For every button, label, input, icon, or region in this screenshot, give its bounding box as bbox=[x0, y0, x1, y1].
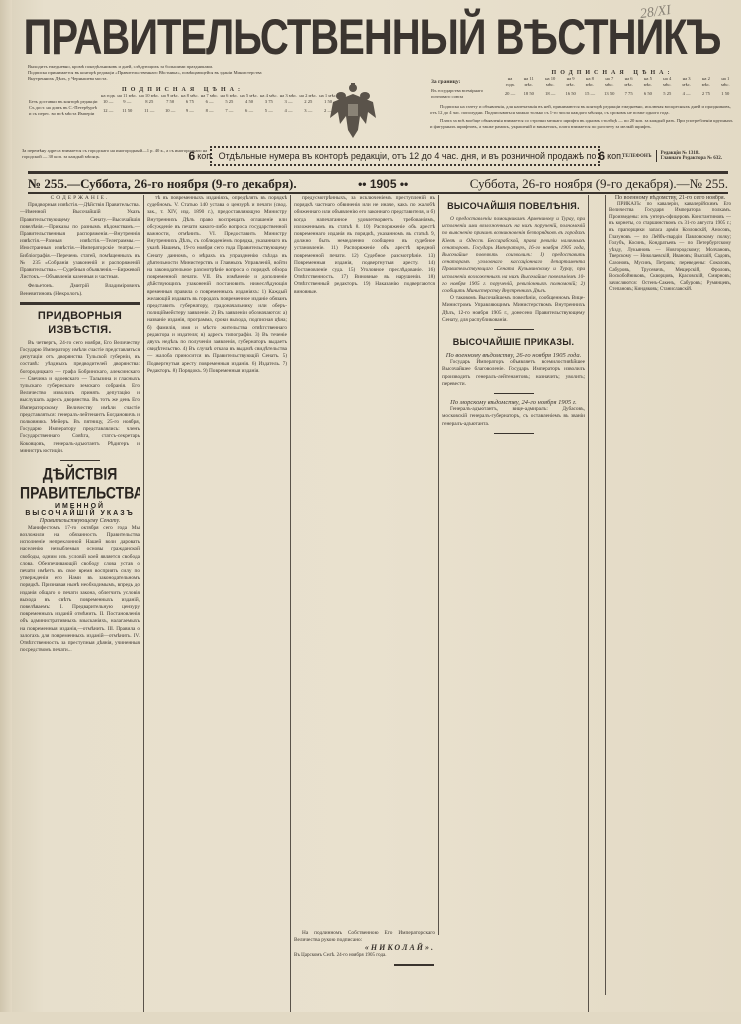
address-change-note: За перемѣну адреса взимается съ городска… bbox=[22, 148, 212, 160]
price-row: Съ дост. на домъ въ С.-Петербургѣ и съ п… bbox=[28, 105, 338, 117]
price: 4 — bbox=[279, 105, 299, 117]
feuilleton-line: Фельетонъ. Дмитрій Владиміровичъ Веневит… bbox=[20, 283, 140, 297]
court-news-heading: ПРИДВОРНЫЯ ИЗВѢСТІЯ. bbox=[20, 309, 140, 337]
subscription-left: Выходитъ ежедневно, кромѣ понедѣльниковъ… bbox=[28, 64, 338, 117]
imperial-order-text: О предоставленіи помощникамъ Арменинову … bbox=[442, 216, 585, 295]
price: 11 50 bbox=[116, 105, 138, 117]
row-label: Въ государства всемірнаго почтоваго союз… bbox=[430, 88, 502, 100]
imperial-orders-heading: ВЫСОЧАЙШІЯ ПОВЕЛѢНІЯ. bbox=[442, 199, 585, 213]
place-date: Въ Царскомъ Селѣ. 24-го ноября 1905 года… bbox=[294, 952, 435, 959]
column-2: тѣ въ повременныхъ изданіяхъ, опредѣлять… bbox=[147, 195, 287, 955]
price: 20 — bbox=[502, 88, 518, 100]
newspaper-page: 28/XI ПРАВИТЕЛЬСТВЕННЫЙ ВѢСТНИКЪ Выходит… bbox=[0, 0, 741, 1024]
section-rule bbox=[20, 302, 140, 305]
price: 5 — bbox=[259, 105, 279, 117]
single-issue-banner: 6 коп. Отдѣльные нумера въ конторѣ редак… bbox=[210, 146, 600, 166]
decree-continuation: тѣ въ повременныхъ изданіяхъ, опредѣлять… bbox=[147, 195, 287, 375]
price: 12 — bbox=[100, 105, 116, 117]
price: 9 — bbox=[180, 105, 200, 117]
short-rule bbox=[494, 393, 534, 394]
price: 7 — bbox=[219, 105, 239, 117]
price: 6 50 bbox=[638, 88, 657, 100]
period: на 1 мѣс. bbox=[716, 76, 735, 88]
column-divider bbox=[143, 195, 144, 1020]
price: 13 50 bbox=[600, 88, 619, 100]
column-divider bbox=[605, 195, 606, 995]
period: на 8 мѣс. bbox=[580, 76, 599, 88]
period: на годъ bbox=[502, 76, 518, 88]
decree-text: Государь Императоръ объявляетъ всемилост… bbox=[442, 359, 585, 388]
period: на 4 мѣс. bbox=[658, 76, 677, 88]
period: на 10 мѣс. bbox=[539, 76, 561, 88]
column-1: СОДЕРЖАНІЕ. Придворныя извѣстія.—Дѣйстві… bbox=[20, 195, 140, 980]
decree-continuation: предусмотрѣнныхъ, за исключеніемъ престу… bbox=[294, 195, 435, 296]
telephone-number: Главнаго Редактора № 632. bbox=[661, 156, 722, 161]
period: на 9 мѣс. bbox=[561, 76, 580, 88]
advert-note: Плата за всѣ вообще объявленія взимается… bbox=[430, 118, 735, 130]
issue-date-right: Суббота, 26-го ноября (9-го декабря).—№ … bbox=[470, 176, 728, 192]
military-orders-text: ПРИКАЗЪ: по кавалеріи, кавалерійскимъ Ег… bbox=[609, 202, 731, 294]
subscription-note: Подписка на газету и объявленія, для нап… bbox=[430, 104, 735, 116]
issue-year: •• 1905 •• bbox=[358, 177, 408, 191]
government-actions-heading: ДѢЙСТВІЯ ПРАВИТЕЛЬСТВА. bbox=[20, 464, 140, 502]
dateline-rule bbox=[28, 192, 728, 194]
price-table: на годъ на 11 мѣс. на 10 мѣс. на 9 мѣс. … bbox=[28, 93, 338, 117]
period: на 2 мѣс. bbox=[696, 76, 715, 88]
period: на 3 мѣс. bbox=[677, 76, 696, 88]
row-label: Съ дост. на домъ въ С.-Петербургѣ и съ п… bbox=[28, 105, 100, 117]
court-news-text: Въ четвергъ, 24-го сего ноября, Его Вели… bbox=[20, 340, 140, 455]
price: 16 50 bbox=[561, 88, 580, 100]
military-orders-heading: По военному вѣдомству, 21-го сего ноября… bbox=[609, 195, 731, 202]
foreign-price-table: За границу: на годъ на 11 мѣс. на 10 мѣс… bbox=[430, 76, 735, 100]
page-edge bbox=[0, 0, 12, 1024]
issue-date-left: № 255.—Суббота, 26-го ноября (9-го декаб… bbox=[28, 176, 297, 192]
short-rule bbox=[494, 433, 534, 434]
price-unit: коп. bbox=[197, 151, 213, 161]
price: 11 — bbox=[138, 105, 160, 117]
column-6: По военному вѣдомству, 21-го сего ноября… bbox=[609, 195, 731, 995]
decree-text: Генералъ-адъютантъ, вице-адмиралъ: Дубас… bbox=[442, 406, 585, 428]
price: 8 — bbox=[200, 105, 220, 117]
price: 2 75 bbox=[696, 88, 715, 100]
subscription-right: ПОДПИСНАЯ ЦѢНА: За границу: на годъ на 1… bbox=[430, 70, 735, 130]
column-divider bbox=[588, 195, 589, 1015]
column-3: предусмотрѣнныхъ, за исключеніемъ престу… bbox=[294, 195, 435, 955]
price: 7 75 bbox=[619, 88, 638, 100]
price-figure: 6 bbox=[189, 149, 196, 163]
short-rule bbox=[394, 964, 434, 966]
double-headed-eagle-icon bbox=[328, 80, 378, 142]
column-5: ВЫСОЧАЙШІЯ ПОВЕЛѢНІЯ. О предоставленіи п… bbox=[442, 195, 585, 1015]
short-rule bbox=[494, 329, 534, 330]
price: 18 50 bbox=[518, 88, 539, 100]
price: 18 — bbox=[539, 88, 561, 100]
decree-addressee: Правительствующему Сенату. bbox=[20, 518, 140, 525]
price: 3 — bbox=[298, 105, 318, 117]
decree-text: Манифестомъ 17-го октября сего года Мы в… bbox=[20, 525, 140, 655]
imperial-order-text: О таковомъ Высочайшемъ повелѣніи, сообще… bbox=[442, 295, 585, 324]
banner-text: Отдѣльные нумера въ конторѣ редакціи, от… bbox=[219, 151, 597, 161]
period: на 6 мѣс. bbox=[619, 76, 638, 88]
column-divider bbox=[438, 195, 439, 935]
newspaper-title: ПРАВИТЕЛЬСТВЕННЫЙ ВѢСТНИКЪ bbox=[22, 10, 722, 65]
price: 10 — bbox=[160, 105, 180, 117]
header-rule bbox=[28, 171, 728, 174]
price-figure: 6 bbox=[598, 149, 605, 163]
short-rule bbox=[60, 460, 100, 461]
price: 5 25 bbox=[658, 88, 677, 100]
column-divider bbox=[290, 195, 291, 1020]
period: на 5 мѣс. bbox=[638, 76, 657, 88]
price: 6 — bbox=[239, 105, 259, 117]
contents-text: Придворныя извѣстія.—Дѣйствія Правительс… bbox=[20, 202, 140, 281]
price: 4 — bbox=[677, 88, 696, 100]
period: на 7 мѣс. bbox=[600, 76, 619, 88]
period: на 11 мѣс. bbox=[518, 76, 539, 88]
abroad-label: За границу: bbox=[430, 76, 502, 88]
decree-heading: ИМЕННОЙ ВЫСОЧАЙШІЙ УКАЗЪ bbox=[20, 503, 140, 517]
intro-line: Внутреннихъ Дѣлъ, у Чернышева моста. bbox=[28, 76, 338, 82]
page-margin bbox=[0, 1012, 741, 1024]
telephone-label: ТЕЛЕФОНЪ bbox=[622, 154, 652, 159]
column-3-footer: На подлинномъ Собственною Его Императорс… bbox=[294, 930, 435, 1010]
imperial-decrees-heading: ВЫСОЧАЙШІЕ ПРИКАЗЫ. bbox=[442, 335, 585, 349]
price: 15 — bbox=[580, 88, 599, 100]
imperial-signature: «НИКОЛАЙ». bbox=[294, 944, 435, 951]
telephone-block: ТЕЛЕФОНЪ Редакціи № 1318. Главнаго Редак… bbox=[622, 150, 722, 162]
dateline: № 255.—Суббота, 26-го ноября (9-го декаб… bbox=[28, 176, 728, 192]
price: 1 50 bbox=[716, 88, 735, 100]
